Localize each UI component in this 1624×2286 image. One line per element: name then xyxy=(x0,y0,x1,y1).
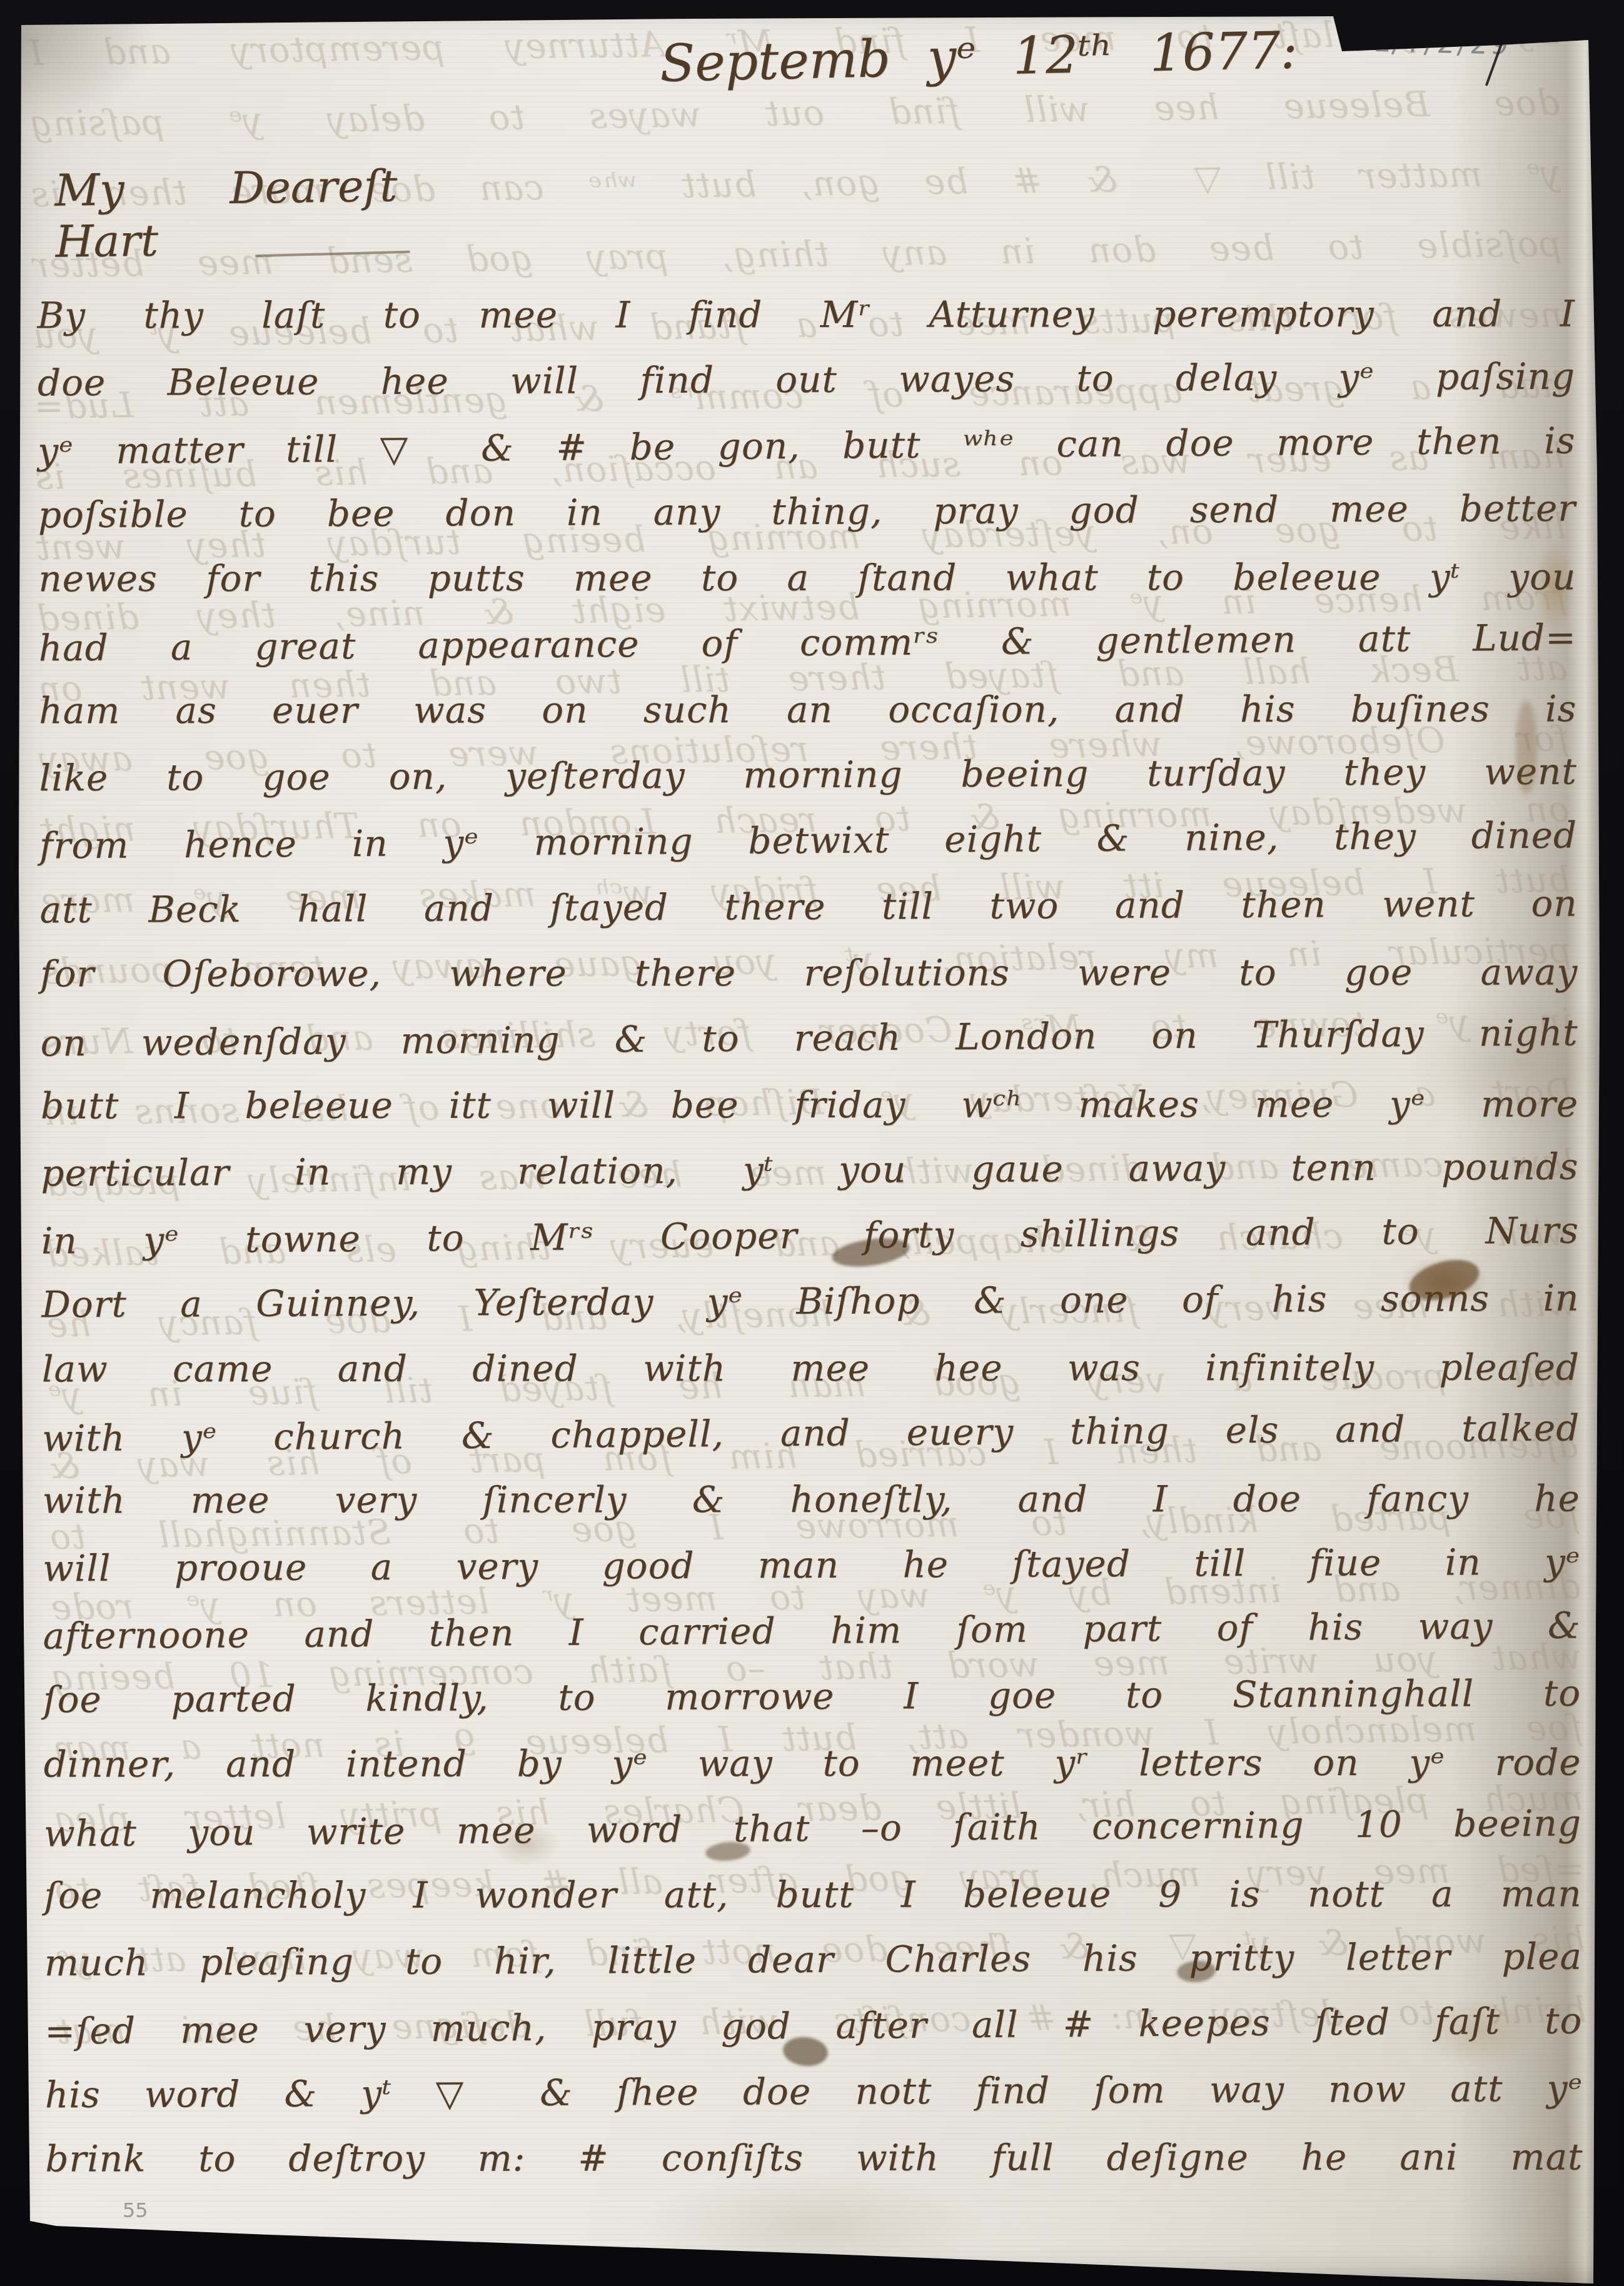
letter-line: law came and dined with mee hee was infi… xyxy=(42,1346,1580,1413)
letter-line: att Beck hall and ſtayed there till two … xyxy=(39,882,1577,954)
letter-line: yᵉ matter till ▽ & # be gon, butt ʷʰᵉ ca… xyxy=(38,419,1576,495)
letter-line: =ſed mee very much, pray god after all #… xyxy=(44,1999,1583,2075)
ghost-line: doe Beleeue hee will find out wayes to d… xyxy=(29,83,1560,174)
folio-number: 55 xyxy=(123,2198,148,2222)
letter-line: on wedenſday morning & to reach London o… xyxy=(40,1012,1578,1088)
letter-page: By thy laſt to mee I find Mʳ Atturney pe… xyxy=(0,0,1624,2286)
letter-line: for Oſeborowe, where there reſolutions w… xyxy=(40,950,1578,1018)
manuscript-scan: By thy laſt to mee I find Mʳ Atturney pe… xyxy=(0,0,1624,2286)
letter-line: afternoone and then I carried him ſom pa… xyxy=(43,1604,1581,1680)
letter-line: with yᵉ church & chappell, and euery thi… xyxy=(42,1406,1580,1483)
letter-line: in yᵉ towne to Mʳˢ Cooper forty shilling… xyxy=(41,1209,1580,1286)
letter-line: like to goe on, yeſterday morning beeing… xyxy=(39,750,1577,823)
letter-line: brink to deſtroy m: # conſiſts with full… xyxy=(45,2136,1583,2203)
date-line: Septemb yᵉ 12ᵗʰ 1677: xyxy=(659,21,1298,93)
letter-line: By thy laſt to mee I find Mʳ Atturney pe… xyxy=(38,293,1575,360)
letter-line: newes for this putts mee to a ſtand what… xyxy=(38,556,1576,623)
letter-line: from hence in yᵉ morning betwixt eight &… xyxy=(39,814,1578,890)
letter-line: ham as euer was on such an occaſion, and… xyxy=(39,687,1576,755)
letter-line: poſsible to bee don in any thing, pray g… xyxy=(38,487,1576,560)
letter-body: By thy laſt to mee I find Mʳ Atturney pe… xyxy=(37,290,1583,2205)
letter-line: doe Beleeue hee will find out wayes to d… xyxy=(38,355,1575,428)
letter-line: what you write mee word that –o ſaith co… xyxy=(44,1801,1582,1878)
letter-line: Dort a Guinney, Yeſterday yᵉ Biſhop & on… xyxy=(41,1277,1579,1349)
letter-line: his word & yᵗ ▽ & ſhee doe nott find ſom… xyxy=(45,2067,1583,2140)
letter-line: ſoe melancholy I wonder att, butt I bele… xyxy=(44,1873,1582,1940)
salutation: My Deareſt Hart xyxy=(54,160,398,268)
archival-reference: BL/Y/2/29 xyxy=(1350,26,1513,61)
letter-line: dinner, and intend by yᵉ way to meet yʳ … xyxy=(44,1741,1581,1808)
letter-line: perticular in my relation, yᵗ you gaue a… xyxy=(41,1145,1578,1217)
letter-line: much pleaſing to hir, little dear Charle… xyxy=(44,1935,1582,2008)
letter-line: with mee very ſincerly & honeſtly, and I… xyxy=(43,1478,1580,1545)
letter-line: had a great appearance of commʳˢ & gentl… xyxy=(39,617,1577,693)
letter-line: butt I beleeue itt will bee friday wᶜʰ m… xyxy=(41,1082,1578,1150)
letter-line: ſoe parted kindly, to morrowe I goe to S… xyxy=(43,1672,1581,1745)
letter-line: will prooue a very good man he ſtayed ti… xyxy=(43,1540,1580,1613)
